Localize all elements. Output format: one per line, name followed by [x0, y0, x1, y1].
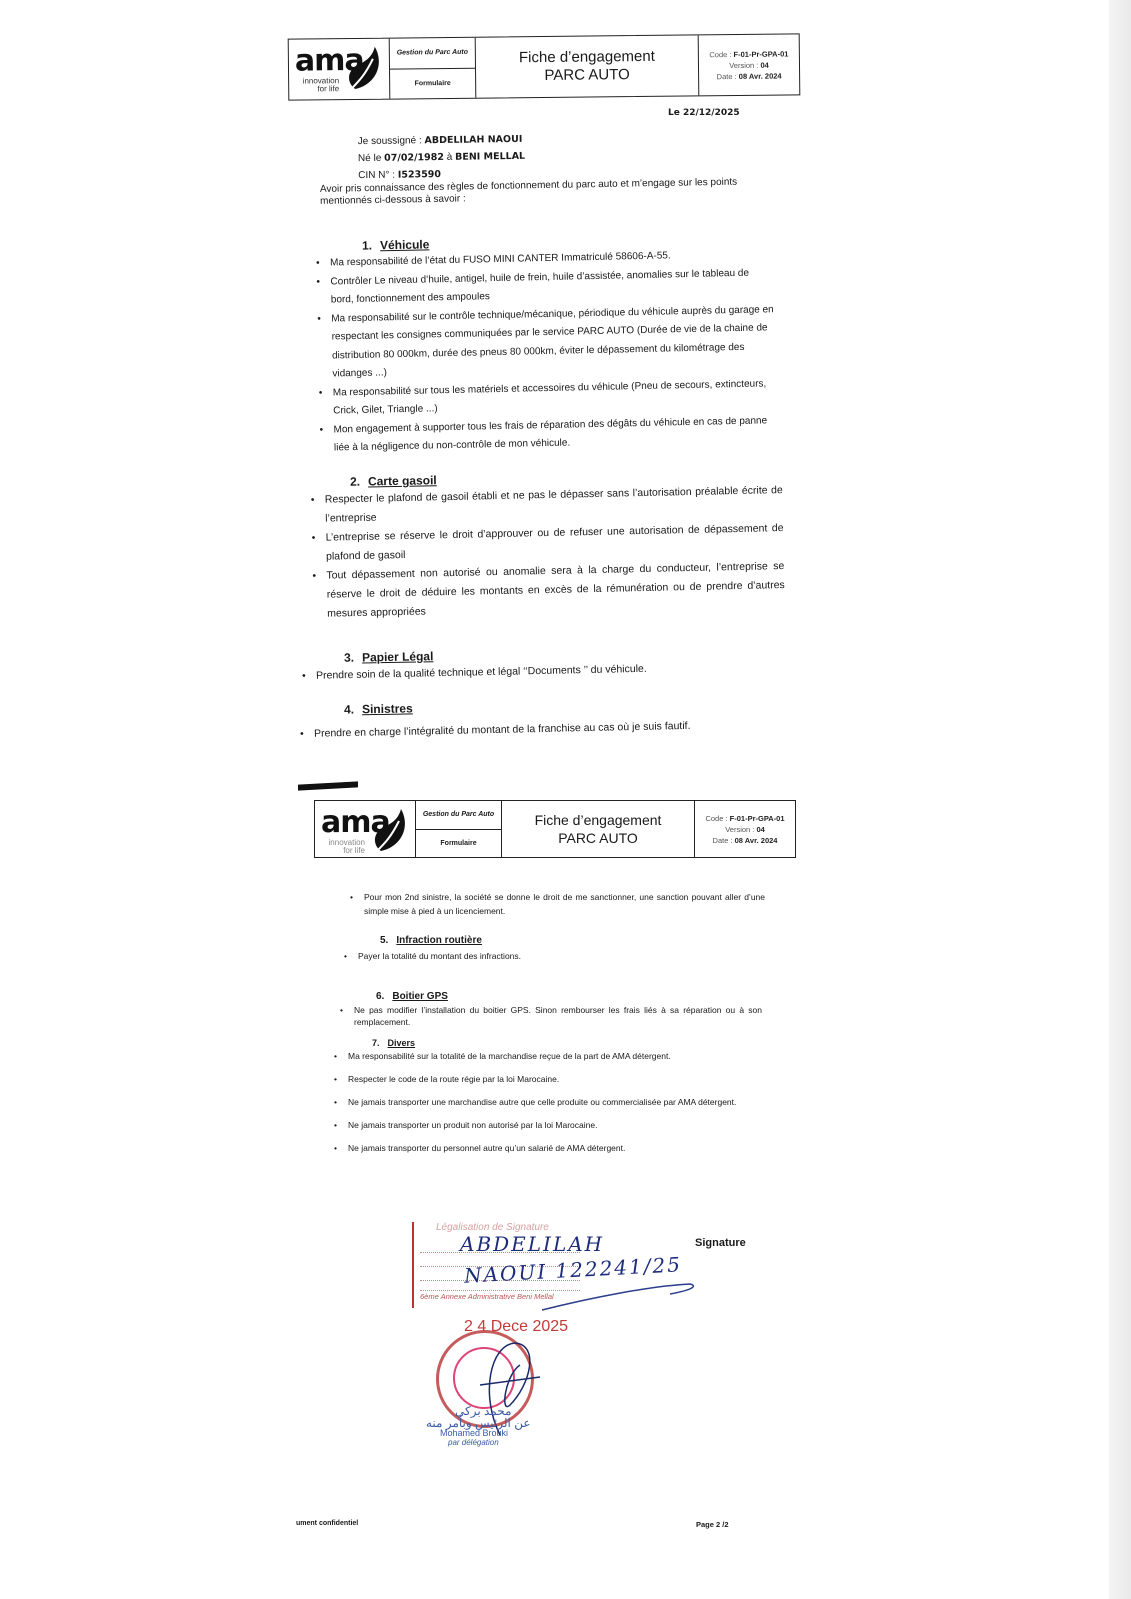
- leaf-icon: [345, 45, 384, 93]
- section-divers-heading: 7.Divers: [372, 1038, 415, 1048]
- list-item: Payer la totalité du montant des infract…: [344, 949, 764, 963]
- section-gps-heading: 6.Boitier GPS: [376, 991, 448, 1002]
- department-label: Gestion du Parc Auto: [390, 38, 475, 69]
- section-vehicule-list: Ma responsabilité de l’état du FUSO MINI…: [316, 245, 778, 458]
- section-carte-gasoil-heading: 2.Carte gasoil: [350, 473, 437, 489]
- doc-type-label: Formulaire: [390, 68, 475, 98]
- list-item: Respecter le code de la route régie par …: [334, 1073, 764, 1086]
- section-divers-list: Ma responsabilité sur la totalité de la …: [334, 1050, 764, 1155]
- identity-block: Je soussigné : ABDELILAH NAOUI Né le 07/…: [358, 131, 526, 184]
- doc-title: Fiche d’engagement PARC AUTO: [476, 35, 700, 97]
- official-name: Mohamed Brouki: [440, 1428, 508, 1438]
- page-number: Page 2 /2: [696, 1515, 729, 1534]
- logo-tagline: innovation for life: [295, 77, 339, 93]
- scan-edge: [1109, 0, 1131, 1599]
- section-sinistres-list: Prendre en charge l’intégralité du monta…: [300, 715, 780, 744]
- section-sinistres-list-cont: Pour mon 2nd sinistre, la société se don…: [350, 890, 765, 918]
- list-item: Prendre en charge l’intégralité du monta…: [300, 715, 780, 744]
- section-carte-gasoil-list: Respecter le plafond de gasoil établi et…: [311, 481, 786, 624]
- signature-label: Signature: [695, 1234, 746, 1253]
- doc-title: Fiche d’engagement PARC AUTO: [502, 801, 695, 857]
- list-item: Ma responsabilité sur le contrôle techni…: [317, 301, 776, 385]
- header-page2: ama innovation for life Gestion du Parc …: [314, 800, 796, 858]
- handwritten-name: ABDELILAH: [460, 1232, 604, 1256]
- section-gps-list: Ne pas modifier l’installation du boitie…: [340, 1004, 762, 1028]
- list-item: Ma responsabilité sur la totalité de la …: [334, 1050, 764, 1063]
- section-infraction-heading: 5.Infraction routière: [380, 935, 482, 946]
- list-item: Ne jamais transporter une marchandise au…: [334, 1096, 764, 1109]
- list-item: Ne pas modifier l’installation du boitie…: [340, 1004, 762, 1028]
- section-vehicule-heading: 1.Véhicule: [362, 237, 430, 252]
- page-break-mark: [298, 781, 358, 790]
- doc-meta: Code : F-01-Pr-GPA-01 Version : 04 Date …: [695, 801, 795, 857]
- company-logo: ama innovation for life: [289, 39, 391, 100]
- section-papier-legal-heading: 3.Papier Légal: [344, 649, 434, 665]
- list-item: Ne jamais transporter du personnel autre…: [334, 1142, 764, 1155]
- list-item: Pour mon 2nd sinistre, la société se don…: [350, 890, 765, 918]
- official-role: par délégation: [448, 1438, 499, 1447]
- document-date: Le 22/12/2025: [668, 104, 740, 123]
- list-item: Tout dépassement non autorisé ou anomali…: [312, 557, 785, 624]
- signature-stroke: [540, 1280, 700, 1320]
- list-item: Ne jamais transporter un produit non aut…: [334, 1119, 764, 1132]
- leaf-icon: [371, 807, 409, 855]
- section-sinistres-heading: 4.Sinistres: [344, 701, 413, 716]
- date-stamp: 2 4 Dece 2025: [464, 1318, 568, 1336]
- company-logo: ama innovation for life: [315, 801, 416, 857]
- section-infraction-list: Payer la totalité du montant des infract…: [344, 949, 764, 963]
- header-page1: ama innovation for life Gestion du Parc …: [288, 33, 801, 100]
- footer-confidential: ument confidentiel: [296, 1514, 358, 1533]
- doc-meta: Code : F-01-Pr-GPA-01 Version : 04 Date …: [699, 34, 800, 95]
